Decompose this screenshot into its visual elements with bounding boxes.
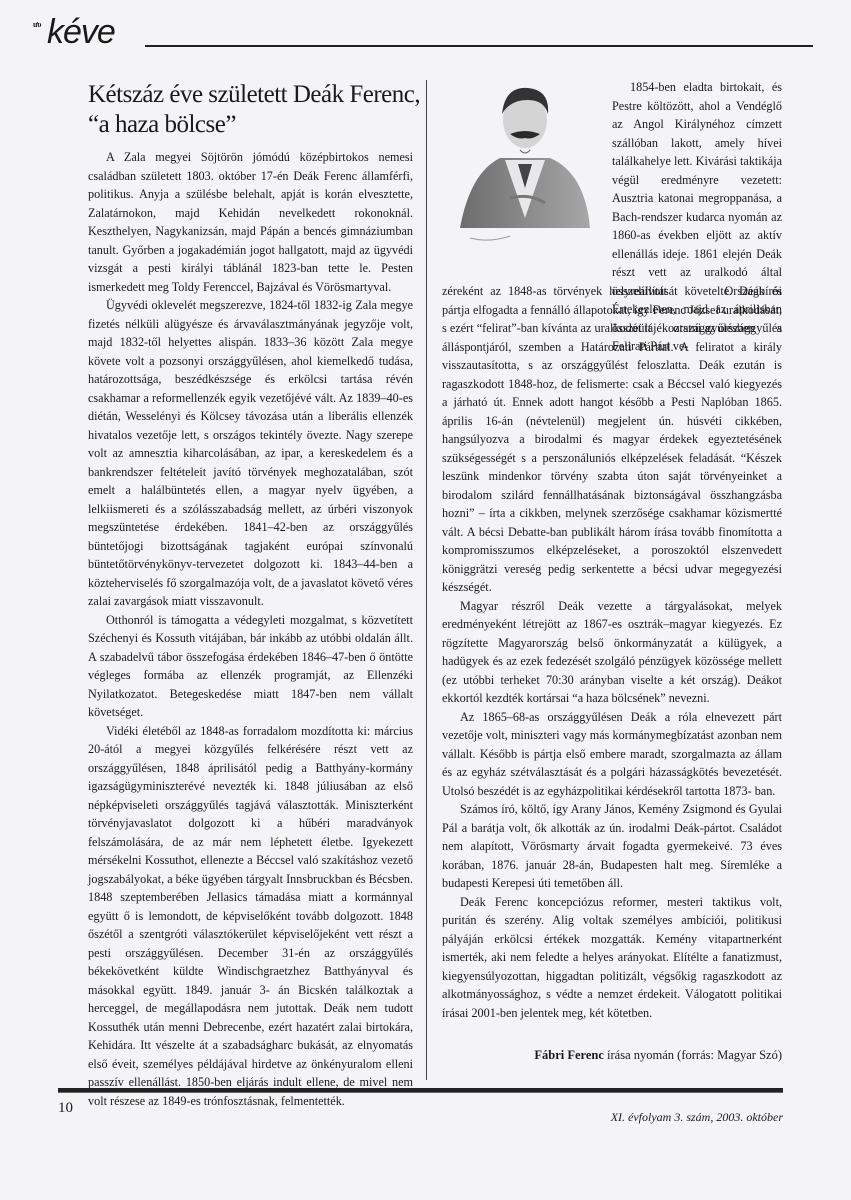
paragraph: Számos író, költő, így Arany János, Kemé… [442, 800, 782, 893]
left-column: A Zala megyei Söjtörön jómódú középbirto… [88, 148, 413, 1110]
paragraph: Otthonról is támogatta a védegyleti mozg… [88, 611, 413, 722]
right-column: zéreként az 1848-as törvények helyreállí… [442, 282, 782, 1022]
portrait-engraving-icon [450, 78, 600, 253]
paragraph: A Zala megyei Söjtörön jómódú középbirto… [88, 148, 413, 296]
magazine-page: ưυ kéve Kétszáz éve született Deák Feren… [0, 0, 851, 1200]
issue-info: XI. évfolyam 3. szám, 2003. október [611, 1110, 783, 1125]
portrait-image [450, 78, 600, 253]
paragraph: Deák Ferenc koncepciózus reformer, meste… [442, 893, 782, 1023]
paragraph: Az 1865–68-as országgyűlésen Deák a róla… [442, 708, 782, 801]
author-name: Fábri Ferenc [534, 1048, 604, 1062]
article-title: Kétszáz éve született Deák Ferenc, “a ha… [88, 80, 428, 140]
paragraph: Vidéki életéből az 1848-as forradalom mo… [88, 722, 413, 1111]
masthead-mark: ưυ [33, 20, 41, 29]
title-line-2: “a haza bölcse” [88, 110, 428, 140]
article-signature: Fábri Ferenc írása nyomán (forrás: Magya… [500, 1048, 782, 1063]
page-number: 10 [58, 1100, 73, 1117]
source-note: írása nyomán (forrás: Magyar Szó) [604, 1048, 782, 1062]
masthead-rule [145, 45, 813, 47]
title-line-1: Kétszáz éve született Deák Ferenc, [88, 80, 428, 110]
footer-rule [58, 1088, 783, 1093]
paragraph: zéreként az 1848-as törvények helyreállí… [442, 282, 782, 597]
paragraph: Magyar részről Deák vezette a tárgyaláso… [442, 597, 782, 708]
masthead-logo: kéve [47, 14, 115, 50]
masthead: ưυ kéve [33, 14, 783, 54]
paragraph: Ügyvédi oklevelét megszerezve, 1824-től … [88, 296, 413, 611]
column-divider [426, 80, 427, 1080]
